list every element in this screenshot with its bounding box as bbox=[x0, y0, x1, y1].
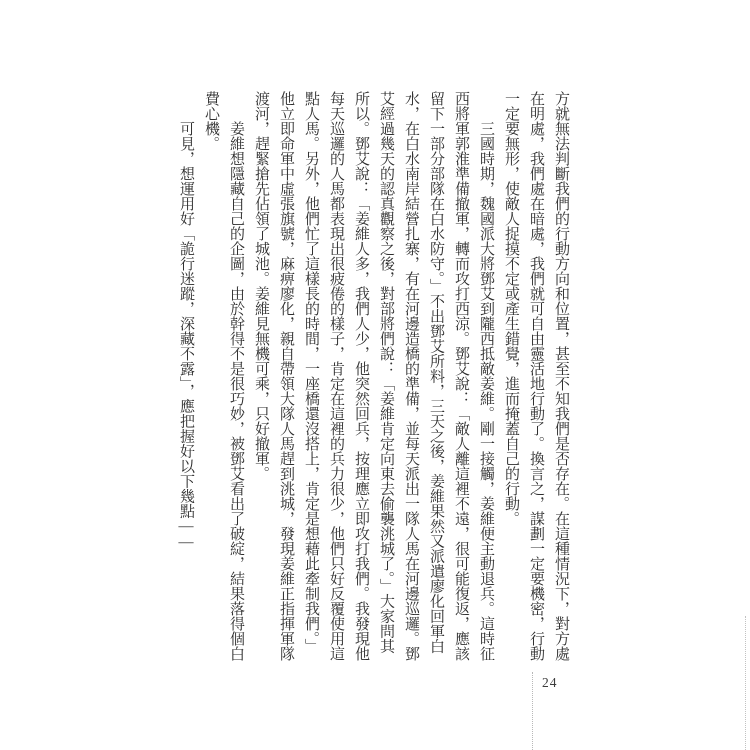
page-edge-dotted-rule bbox=[745, 616, 746, 750]
body-paragraph-conclusion: 姜維想隱藏自己的企圖，由於幹得不是很巧妙，被鄧艾看出了破綻，結果落得個白費心機。 bbox=[198, 91, 248, 661]
book-page: 方就無法判斷我們的行動方向和位置，甚至不知我們是否存在。在這種情況下，對方處在明… bbox=[0, 0, 750, 750]
page-number: 24 bbox=[542, 675, 558, 691]
body-text: 方就無法判斷我們的行動方向和位置，甚至不知我們是否存在。在這種情況下，對方處在明… bbox=[171, 91, 573, 661]
body-paragraph-continuation: 方就無法判斷我們的行動方向和位置，甚至不知我們是否存在。在這種情況下，對方處在明… bbox=[498, 91, 573, 661]
page-number-dotted-rule bbox=[532, 672, 533, 750]
body-paragraph-lead-in: 可見，想運用好「詭行迷蹤，深藏不露」，應把握好以下幾點—— bbox=[173, 91, 198, 661]
body-paragraph-story: 三國時期，魏國派大將鄧艾到隴西抵敵姜維。剛一接觸，姜維便主動退兵。這時征西將軍郭… bbox=[248, 91, 498, 661]
